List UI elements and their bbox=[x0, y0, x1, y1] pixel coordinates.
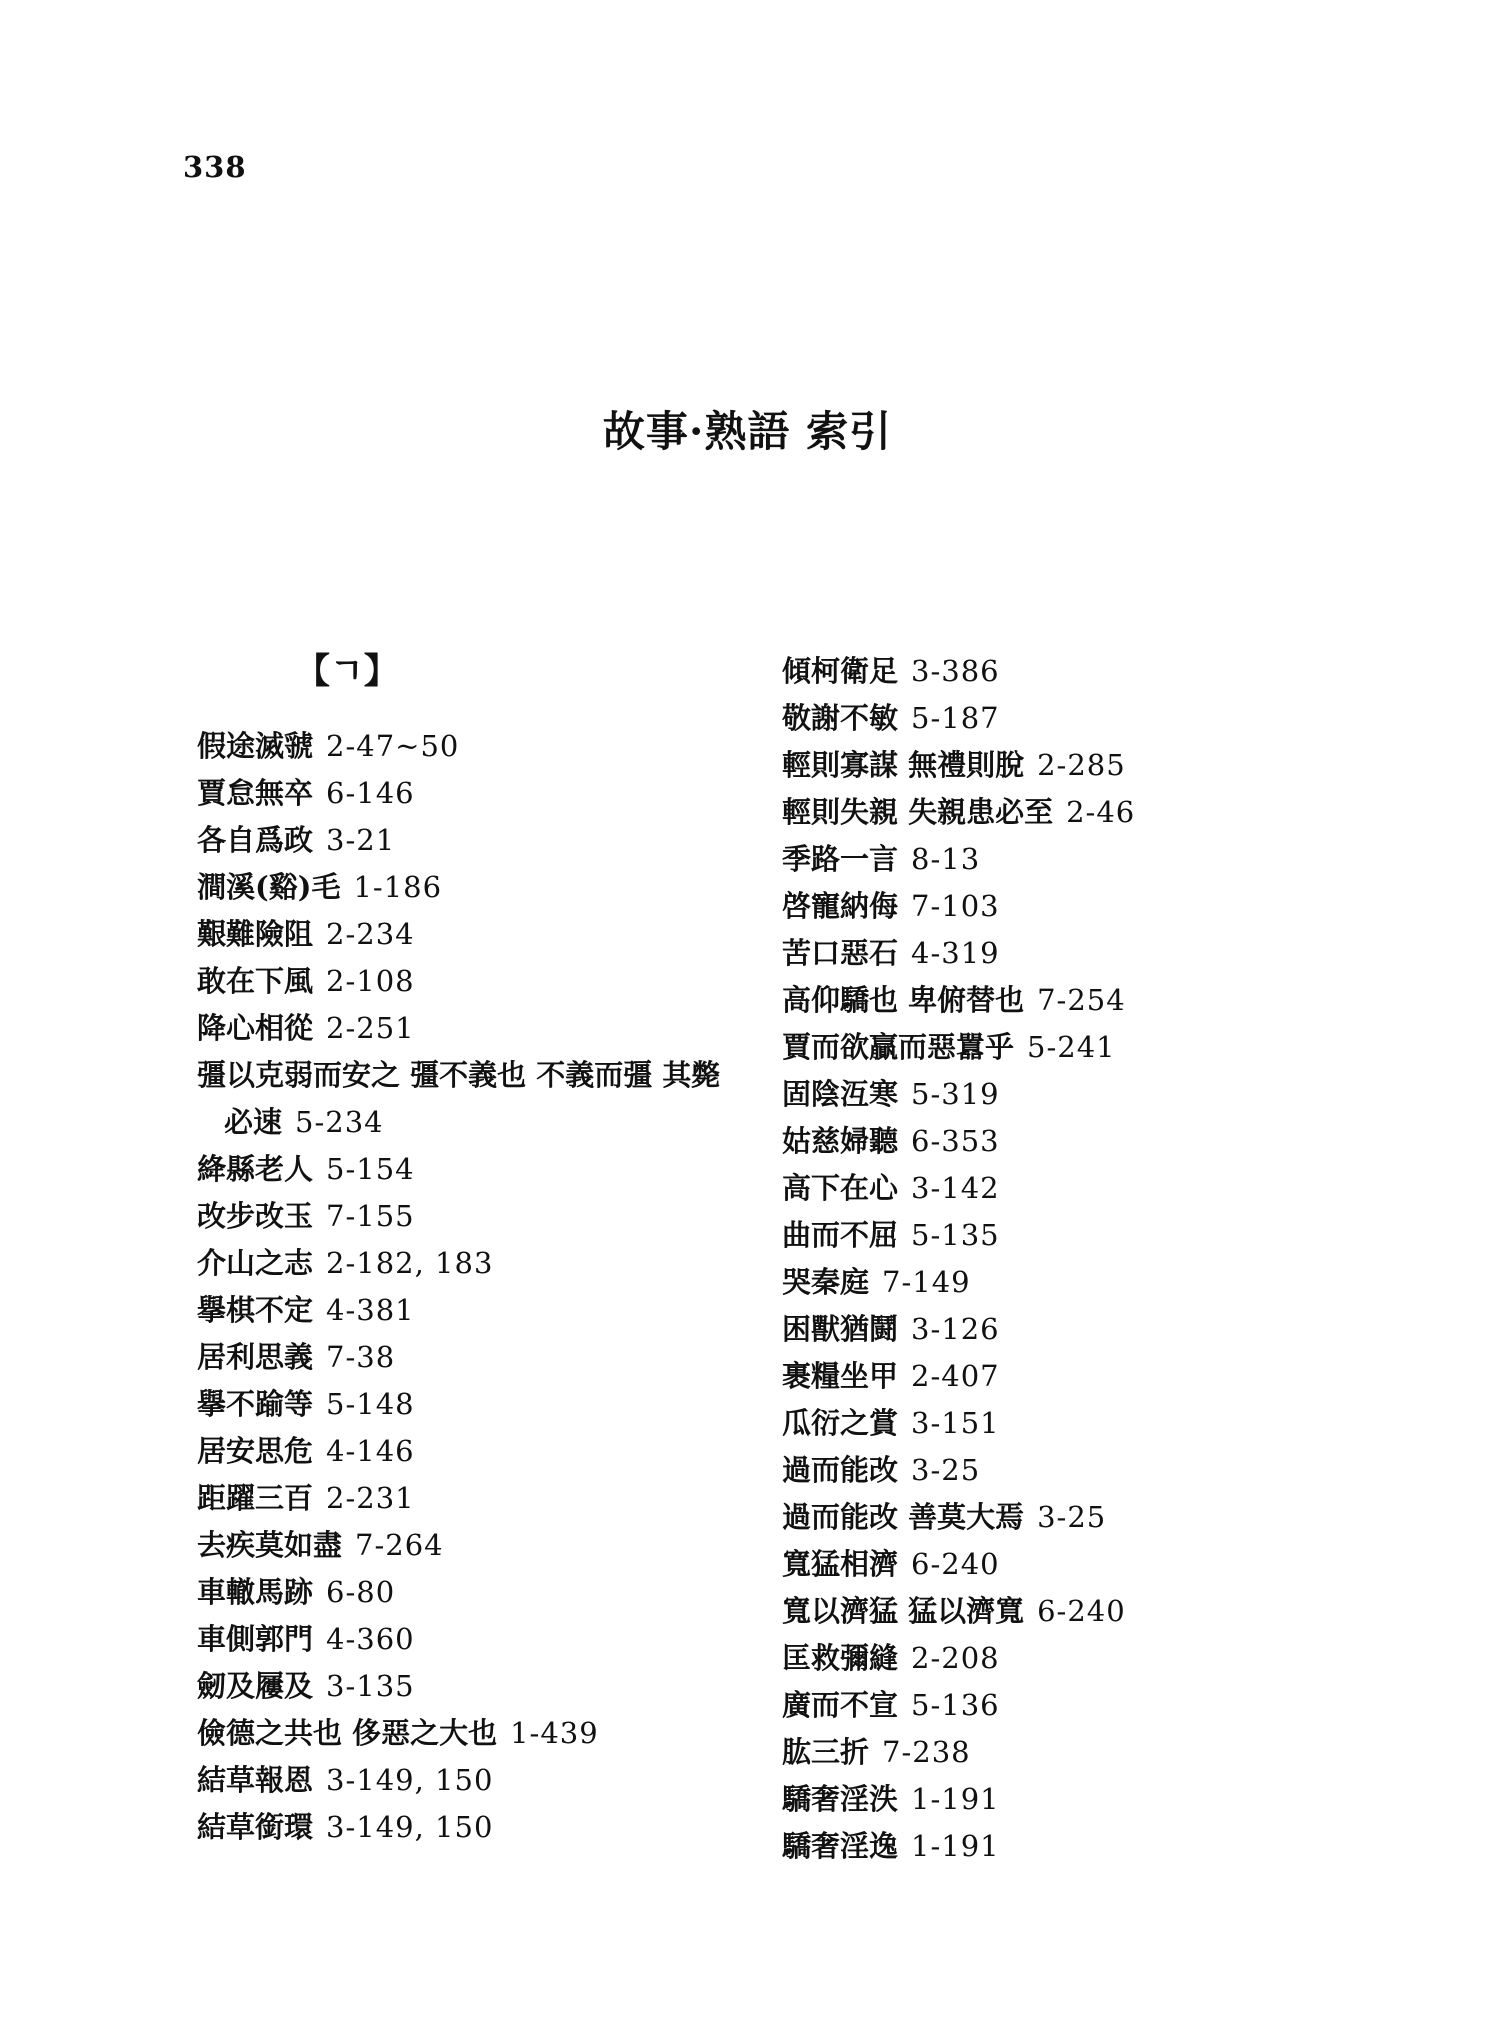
right-column-entries: 傾柯衛足3-386敬謝不敏5-187輕則寡謀 無禮則脫2-285輕則失親 失親患… bbox=[782, 648, 1442, 1870]
index-entry: 車轍馬跡6-80 bbox=[197, 1569, 782, 1616]
entry-page-ref: 6-353 bbox=[911, 1124, 1000, 1158]
index-entry: 改步改玉7-155 bbox=[197, 1193, 782, 1240]
page-number: 338 bbox=[183, 150, 247, 184]
entry-term: 高仰驕也 卑俯替也 bbox=[782, 983, 1024, 1017]
entry-page-ref: 3-151 bbox=[911, 1406, 1000, 1440]
index-entry: 驕奢淫泆1-191 bbox=[782, 1776, 1442, 1823]
entry-term: 距躍三百 bbox=[197, 1481, 313, 1515]
entry-page-ref: 3-126 bbox=[911, 1312, 1000, 1346]
entry-page-ref: 7-103 bbox=[911, 889, 1000, 923]
entry-page-ref: 2-208 bbox=[911, 1641, 1000, 1675]
entry-term: 高下在心 bbox=[782, 1171, 898, 1205]
index-entry: 賈怠無卒6-146 bbox=[197, 770, 782, 817]
index-entry: 季路一言8-13 bbox=[782, 836, 1442, 883]
entry-page-ref: 5-148 bbox=[326, 1387, 415, 1421]
index-entry: 距躍三百2-231 bbox=[197, 1475, 782, 1522]
section-marker-giyeok: 【ㄱ】 bbox=[295, 648, 782, 695]
entry-page-ref: 6-146 bbox=[326, 776, 415, 810]
entry-term: 瓜衍之賞 bbox=[782, 1406, 898, 1440]
entry-page-ref: 1-191 bbox=[911, 1829, 1000, 1863]
left-column-entries: 假途滅虢2-47~50賈怠無卒6-146各自爲政3-21澗溪(谿)毛1-186艱… bbox=[197, 723, 782, 1851]
entry-term: 裹糧坐甲 bbox=[782, 1359, 898, 1393]
entry-term: 賈怠無卒 bbox=[197, 776, 313, 810]
entry-term: 曲而不屈 bbox=[782, 1218, 898, 1252]
index-entry: 驕奢淫逸1-191 bbox=[782, 1823, 1442, 1870]
entry-page-ref: 1-186 bbox=[353, 870, 442, 904]
entry-term: 澗溪(谿)毛 bbox=[197, 870, 340, 904]
entry-page-ref: 2-285 bbox=[1037, 748, 1126, 782]
index-entry: 固陰沍寒5-319 bbox=[782, 1071, 1442, 1118]
entry-term: 匡救彌縫 bbox=[782, 1641, 898, 1675]
entry-term: 改步改玉 bbox=[197, 1199, 313, 1233]
entry-page-ref: 4-146 bbox=[326, 1434, 415, 1468]
entry-term: 季路一言 bbox=[782, 842, 898, 876]
entry-page-ref: 3-25 bbox=[911, 1453, 980, 1487]
entry-page-ref: 5-136 bbox=[911, 1688, 1000, 1722]
entry-page-ref: 6-240 bbox=[1037, 1594, 1126, 1628]
entry-page-ref: 3-149, 150 bbox=[326, 1810, 493, 1844]
entry-term: 輕則寡謀 無禮則脫 bbox=[782, 748, 1024, 782]
index-entry: 儉德之共也 侈惡之大也1-439 bbox=[197, 1710, 782, 1757]
index-entry: 澗溪(谿)毛1-186 bbox=[197, 864, 782, 911]
entry-term: 儉德之共也 侈惡之大也 bbox=[197, 1716, 497, 1750]
index-entry: 結草報恩3-149, 150 bbox=[197, 1757, 782, 1804]
entry-term: 彊以克弱而安之 彊不義也 不義而彊 其斃 bbox=[197, 1058, 720, 1092]
entry-term: 假途滅虢 bbox=[197, 729, 313, 763]
entry-page-ref: 3-149, 150 bbox=[326, 1763, 493, 1797]
entry-page-ref: 7-264 bbox=[355, 1528, 444, 1562]
index-entry: 假途滅虢2-47~50 bbox=[197, 723, 782, 770]
index-entry: 必速5-234 bbox=[197, 1099, 782, 1146]
index-entry: 寬以濟猛 猛以濟寬6-240 bbox=[782, 1588, 1442, 1635]
index-entry: 廣而不宣5-136 bbox=[782, 1682, 1442, 1729]
entry-term: 結草報恩 bbox=[197, 1763, 313, 1797]
entry-term: 姑慈婦聽 bbox=[782, 1124, 898, 1158]
index-entry: 敢在下風2-108 bbox=[197, 958, 782, 1005]
index-left-column: 【ㄱ】 假途滅虢2-47~50賈怠無卒6-146各自爲政3-21澗溪(谿)毛1-… bbox=[197, 648, 782, 1851]
entry-term: 過而能改 bbox=[782, 1453, 898, 1487]
entry-page-ref: 2-46 bbox=[1066, 795, 1135, 829]
entry-page-ref: 3-386 bbox=[911, 654, 1000, 688]
entry-page-ref: 5-234 bbox=[295, 1105, 384, 1139]
entry-term: 結草銜環 bbox=[197, 1810, 313, 1844]
entry-term: 驕奢淫逸 bbox=[782, 1829, 898, 1863]
entry-term: 居利思義 bbox=[197, 1340, 313, 1374]
index-entry: 劒及屨及3-135 bbox=[197, 1663, 782, 1710]
index-entry: 姑慈婦聽6-353 bbox=[782, 1118, 1442, 1165]
index-entry: 賈而欲贏而惡囂乎5-241 bbox=[782, 1024, 1442, 1071]
index-entry: 艱難險阻2-234 bbox=[197, 911, 782, 958]
page-title: 故事·熟語 索引 bbox=[0, 399, 1495, 459]
index-entry: 居安思危4-146 bbox=[197, 1428, 782, 1475]
entry-term: 廣而不宣 bbox=[782, 1688, 898, 1722]
entry-page-ref: 7-155 bbox=[326, 1199, 415, 1233]
index-right-column: 傾柯衛足3-386敬謝不敏5-187輕則寡謀 無禮則脫2-285輕則失親 失親患… bbox=[782, 648, 1442, 1870]
entry-page-ref: 3-25 bbox=[1037, 1500, 1106, 1534]
index-entry: 過而能改3-25 bbox=[782, 1447, 1442, 1494]
entry-term: 各自爲政 bbox=[197, 823, 313, 857]
entry-term: 寬以濟猛 猛以濟寬 bbox=[782, 1594, 1024, 1628]
index-entry: 輕則失親 失親患必至2-46 bbox=[782, 789, 1442, 836]
entry-page-ref: 6-240 bbox=[911, 1547, 1000, 1581]
entry-term: 車轍馬跡 bbox=[197, 1575, 313, 1609]
entry-page-ref: 2-251 bbox=[326, 1011, 415, 1045]
index-entry: 寬猛相濟6-240 bbox=[782, 1541, 1442, 1588]
entry-page-ref: 5-319 bbox=[911, 1077, 1000, 1111]
index-entry: 居利思義7-38 bbox=[197, 1334, 782, 1381]
index-entry: 彊以克弱而安之 彊不義也 不義而彊 其斃 bbox=[197, 1052, 782, 1099]
entry-term: 擧不踰等 bbox=[197, 1387, 313, 1421]
entry-page-ref: 8-13 bbox=[911, 842, 980, 876]
entry-page-ref: 3-142 bbox=[911, 1171, 1000, 1205]
index-entry: 結草銜環3-149, 150 bbox=[197, 1804, 782, 1851]
index-entry: 曲而不屈5-135 bbox=[782, 1212, 1442, 1259]
index-entry: 介山之志2-182, 183 bbox=[197, 1240, 782, 1287]
entry-page-ref: 2-231 bbox=[326, 1481, 415, 1515]
index-entry: 裹糧坐甲2-407 bbox=[782, 1353, 1442, 1400]
entry-page-ref: 3-135 bbox=[326, 1669, 415, 1703]
entry-term: 困獸猶鬪 bbox=[782, 1312, 898, 1346]
entry-page-ref: 7-38 bbox=[326, 1340, 395, 1374]
index-entry: 擧棋不定4-381 bbox=[197, 1287, 782, 1334]
index-entry: 高下在心3-142 bbox=[782, 1165, 1442, 1212]
index-entry: 肱三折7-238 bbox=[782, 1729, 1442, 1776]
entry-page-ref: 2-234 bbox=[326, 917, 415, 951]
entry-page-ref: 5-135 bbox=[911, 1218, 1000, 1252]
entry-term: 驕奢淫泆 bbox=[782, 1782, 898, 1816]
entry-term: 劒及屨及 bbox=[197, 1669, 313, 1703]
entry-term: 傾柯衛足 bbox=[782, 654, 898, 688]
entry-page-ref: 4-360 bbox=[326, 1622, 415, 1656]
index-entry: 車側郭門4-360 bbox=[197, 1616, 782, 1663]
entry-term: 必速 bbox=[224, 1105, 282, 1139]
index-entry: 過而能改 善莫大焉3-25 bbox=[782, 1494, 1442, 1541]
entry-page-ref: 4-381 bbox=[326, 1293, 415, 1327]
index-entry: 哭秦庭7-149 bbox=[782, 1259, 1442, 1306]
index-entry: 傾柯衛足3-386 bbox=[782, 648, 1442, 695]
entry-term: 絳縣老人 bbox=[197, 1152, 313, 1186]
entry-term: 居安思危 bbox=[197, 1434, 313, 1468]
entry-term: 介山之志 bbox=[197, 1246, 313, 1280]
entry-page-ref: 2-182, 183 bbox=[326, 1246, 493, 1280]
entry-term: 賈而欲贏而惡囂乎 bbox=[782, 1030, 1014, 1064]
entry-page-ref: 5-154 bbox=[326, 1152, 415, 1186]
entry-term: 固陰沍寒 bbox=[782, 1077, 898, 1111]
entry-term: 擧棋不定 bbox=[197, 1293, 313, 1327]
entry-term: 過而能改 善莫大焉 bbox=[782, 1500, 1024, 1534]
index-entry: 瓜衍之賞3-151 bbox=[782, 1400, 1442, 1447]
entry-page-ref: 1-439 bbox=[510, 1716, 599, 1750]
index-entry: 困獸猶鬪3-126 bbox=[782, 1306, 1442, 1353]
entry-page-ref: 2-47~50 bbox=[326, 729, 459, 763]
entry-page-ref: 5-187 bbox=[911, 701, 1000, 735]
entry-page-ref: 1-191 bbox=[911, 1782, 1000, 1816]
entry-page-ref: 2-407 bbox=[911, 1359, 1000, 1393]
entry-term: 車側郭門 bbox=[197, 1622, 313, 1656]
index-page: 338 故事·熟語 索引 【ㄱ】 假途滅虢2-47~50賈怠無卒6-146各自爲… bbox=[0, 0, 1495, 2023]
entry-page-ref: 4-319 bbox=[911, 936, 1000, 970]
entry-page-ref: 7-238 bbox=[882, 1735, 971, 1769]
entry-term: 啓寵納侮 bbox=[782, 889, 898, 923]
entry-term: 敬謝不敏 bbox=[782, 701, 898, 735]
index-entry: 各自爲政3-21 bbox=[197, 817, 782, 864]
entry-page-ref: 3-21 bbox=[326, 823, 395, 857]
entry-page-ref: 6-80 bbox=[326, 1575, 395, 1609]
entry-term: 降心相從 bbox=[197, 1011, 313, 1045]
entry-term: 輕則失親 失親患必至 bbox=[782, 795, 1053, 829]
entry-term: 寬猛相濟 bbox=[782, 1547, 898, 1581]
entry-term: 敢在下風 bbox=[197, 964, 313, 998]
entry-term: 艱難險阻 bbox=[197, 917, 313, 951]
entry-term: 肱三折 bbox=[782, 1735, 869, 1769]
index-entry: 啓寵納侮7-103 bbox=[782, 883, 1442, 930]
index-entry: 苦口惡石4-319 bbox=[782, 930, 1442, 977]
index-entry: 敬謝不敏5-187 bbox=[782, 695, 1442, 742]
index-entry: 匡救彌縫2-208 bbox=[782, 1635, 1442, 1682]
index-entry: 絳縣老人5-154 bbox=[197, 1146, 782, 1193]
entry-page-ref: 7-254 bbox=[1037, 983, 1126, 1017]
index-entry: 高仰驕也 卑俯替也7-254 bbox=[782, 977, 1442, 1024]
index-entry: 去疾莫如盡7-264 bbox=[197, 1522, 782, 1569]
entry-term: 苦口惡石 bbox=[782, 936, 898, 970]
entry-page-ref: 2-108 bbox=[326, 964, 415, 998]
entry-page-ref: 7-149 bbox=[882, 1265, 971, 1299]
entry-page-ref: 5-241 bbox=[1027, 1030, 1116, 1064]
entry-term: 去疾莫如盡 bbox=[197, 1528, 342, 1562]
entry-term: 哭秦庭 bbox=[782, 1265, 869, 1299]
index-entry: 降心相從2-251 bbox=[197, 1005, 782, 1052]
index-entry: 輕則寡謀 無禮則脫2-285 bbox=[782, 742, 1442, 789]
index-entry: 擧不踰等5-148 bbox=[197, 1381, 782, 1428]
